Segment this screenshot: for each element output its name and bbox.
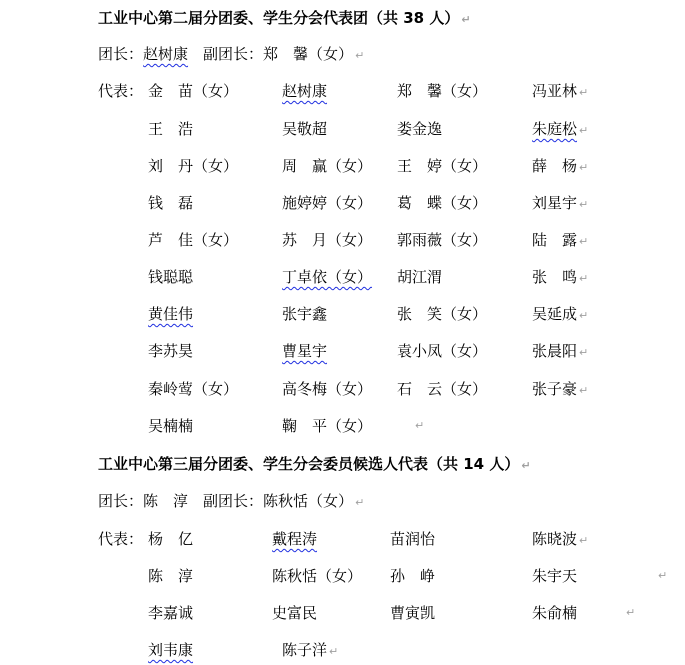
section1-rep-row: 吴楠楠 鞠 平（女） ↵ — [0, 414, 685, 438]
section2-title-text: 工业中心第三届分团委、学生分会委员候选人代表（共 14 人） — [98, 455, 519, 473]
leaders-block: 团长：赵树康副团长：郑 馨（女）↵ — [98, 42, 364, 68]
vice-leader-label: 副团长： — [203, 492, 263, 510]
rep-name: 钱 磊 — [148, 191, 193, 215]
section1-rep-row: 代表： 金 苗（女） 赵树康 郑 馨（女） 冯亚林↵ — [0, 79, 685, 103]
section2-rep-row: 陈 淳 陈秋恬（女） 孙 峥 朱宇天 ↵ — [0, 564, 685, 588]
reps-label: 代表： — [98, 527, 143, 551]
section1-title: 工业中心第二届分团委、学生分会代表团（共 38 人）↵ — [98, 6, 471, 30]
leader-name: 陈 淳 — [143, 492, 188, 510]
rep-name: 陈晓波 — [532, 530, 577, 548]
rep-name: 金 苗（女） — [148, 79, 238, 103]
rep-name: 苗润怡 — [390, 527, 435, 551]
rep-name: 张 鸣 — [532, 268, 577, 286]
paragraph-mark-icon: ↵ — [626, 601, 635, 625]
vice-leader-name: 郑 馨（女） — [263, 45, 353, 63]
rep-name: 郑 馨（女） — [397, 79, 487, 103]
rep-name: 李苏昊 — [148, 339, 193, 363]
rep-name: 赵树康 — [282, 79, 327, 103]
rep-name: 陈秋恬（女） — [272, 564, 362, 588]
rep-name: 陈 淳 — [148, 564, 193, 588]
rep-name: 张子豪 — [532, 380, 577, 398]
rep-name: 郭雨薇（女） — [397, 228, 487, 252]
paragraph-mark-icon: ↵ — [579, 161, 588, 174]
vice-leader-label: 副团长： — [203, 45, 263, 63]
rep-name: 曹寅凯 — [390, 601, 435, 625]
rep-name: 张晨阳 — [532, 342, 577, 360]
section1-title-text: 工业中心第二届分团委、学生分会代表团（共 38 人） — [98, 9, 459, 27]
section1-rep-row: 钱 磊 施婷婷（女） 葛 蝶（女） 刘星宇↵ — [0, 191, 685, 215]
section1-rep-row: 秦岭莺（女） 高冬梅（女） 石 云（女） 张子豪↵ — [0, 377, 685, 401]
paragraph-mark-icon: ↵ — [579, 235, 588, 248]
section1-rep-row: 刘 丹（女） 周 赢（女） 王 婷（女） 薛 杨↵ — [0, 154, 685, 178]
paragraph-mark-icon: ↵ — [579, 346, 588, 359]
leader-name: 赵树康 — [143, 45, 188, 63]
section1-rep-row: 芦 佳（女） 苏 月（女） 郭雨薇（女） 陆 露↵ — [0, 228, 685, 252]
paragraph-mark-icon: ↵ — [355, 496, 364, 509]
rep-name: 朱宇天 — [532, 564, 577, 588]
rep-name: 鞠 平（女） — [282, 414, 372, 438]
rep-name: 薛 杨 — [532, 157, 577, 175]
section2-title: 工业中心第三届分团委、学生分会委员候选人代表（共 14 人）↵ — [98, 452, 531, 476]
paragraph-mark-icon: ↵ — [329, 645, 338, 658]
rep-name: 王 浩 — [148, 117, 193, 141]
section1-rep-row: 黄佳伟 张宇鑫 张 笑（女） 吴延成↵ — [0, 302, 685, 326]
rep-name: 刘韦康 — [148, 638, 193, 662]
rep-name: 张 笑（女） — [397, 302, 487, 326]
paragraph-mark-icon: ↵ — [579, 86, 588, 99]
rep-name: 朱庭松 — [532, 120, 577, 138]
section2-rep-row: 代表： 杨 亿 戴程涛 苗润怡 陈晓波↵ — [0, 527, 685, 551]
vice-leader-name: 陈秋恬（女） — [263, 492, 353, 510]
section1-rep-row: 钱聪聪 丁卓依（女） 胡江渭 张 鸣↵ — [0, 265, 685, 289]
rep-name: 黄佳伟 — [148, 302, 193, 326]
paragraph-mark-icon: ↵ — [579, 272, 588, 285]
section2-rep-row: 李嘉诚 史富民 曹寅凯 朱俞楠 ↵ — [0, 601, 685, 625]
rep-name: 丁卓依（女） — [282, 265, 372, 289]
rep-name: 杨 亿 — [148, 527, 193, 551]
rep-name: 史富民 — [272, 601, 317, 625]
paragraph-mark-icon: ↵ — [579, 309, 588, 322]
rep-name: 孙 峥 — [390, 564, 435, 588]
paragraph-mark-icon: ↵ — [355, 49, 364, 62]
paragraph-mark-icon: ↵ — [658, 564, 667, 588]
section2-rep-row: 刘韦康 陈子洋↵ — [0, 638, 685, 662]
rep-name: 冯亚林 — [532, 82, 577, 100]
paragraph-mark-icon: ↵ — [461, 13, 470, 26]
rep-name: 王 婷（女） — [397, 154, 487, 178]
leader-label: 团长： — [98, 492, 143, 510]
rep-name: 吴敬超 — [282, 117, 327, 141]
paragraph-mark-icon: ↵ — [579, 534, 588, 547]
rep-name: 戴程涛 — [272, 527, 317, 551]
leaders-block: 团长：陈 淳副团长：陈秋恬（女）↵ — [98, 489, 364, 515]
rep-name: 刘星宇 — [532, 194, 577, 212]
rep-name: 胡江渭 — [397, 265, 442, 289]
rep-name: 秦岭莺（女） — [148, 377, 238, 401]
rep-name: 陈子洋 — [282, 641, 327, 659]
rep-name: 袁小凤（女） — [397, 339, 487, 363]
reps-label: 代表： — [98, 79, 143, 103]
paragraph-mark-icon: ↵ — [579, 384, 588, 397]
rep-name: 芦 佳（女） — [148, 228, 238, 252]
rep-name: 苏 月（女） — [282, 228, 372, 252]
rep-name: 张宇鑫 — [282, 302, 327, 326]
paragraph-mark-icon: ↵ — [579, 198, 588, 211]
leader-label: 团长： — [98, 45, 143, 63]
rep-name: 曹星宇 — [282, 339, 327, 363]
paragraph-mark-icon: ↵ — [521, 459, 530, 472]
rep-name: 李嘉诚 — [148, 601, 193, 625]
rep-name: 娄金逸 — [397, 117, 442, 141]
section1-rep-row: 王 浩 吴敬超 娄金逸 朱庭松↵ — [0, 117, 685, 141]
rep-name: 刘 丹（女） — [148, 154, 238, 178]
paragraph-mark-icon: ↵ — [579, 124, 588, 137]
section1-rep-row: 李苏昊 曹星宇 袁小凤（女） 张晨阳↵ — [0, 339, 685, 363]
rep-name: 朱俞楠 — [532, 601, 577, 625]
rep-name: 施婷婷（女） — [282, 191, 372, 215]
rep-name: 钱聪聪 — [148, 265, 193, 289]
rep-name: 高冬梅（女） — [282, 377, 372, 401]
rep-name: 吴延成 — [532, 305, 577, 323]
rep-name: 葛 蝶（女） — [397, 191, 487, 215]
rep-name: 陆 露 — [532, 231, 577, 249]
rep-name: 吴楠楠 — [148, 414, 193, 438]
rep-name: 石 云（女） — [397, 377, 487, 401]
rep-name: 周 赢（女） — [282, 154, 372, 178]
paragraph-mark-icon: ↵ — [415, 414, 424, 438]
